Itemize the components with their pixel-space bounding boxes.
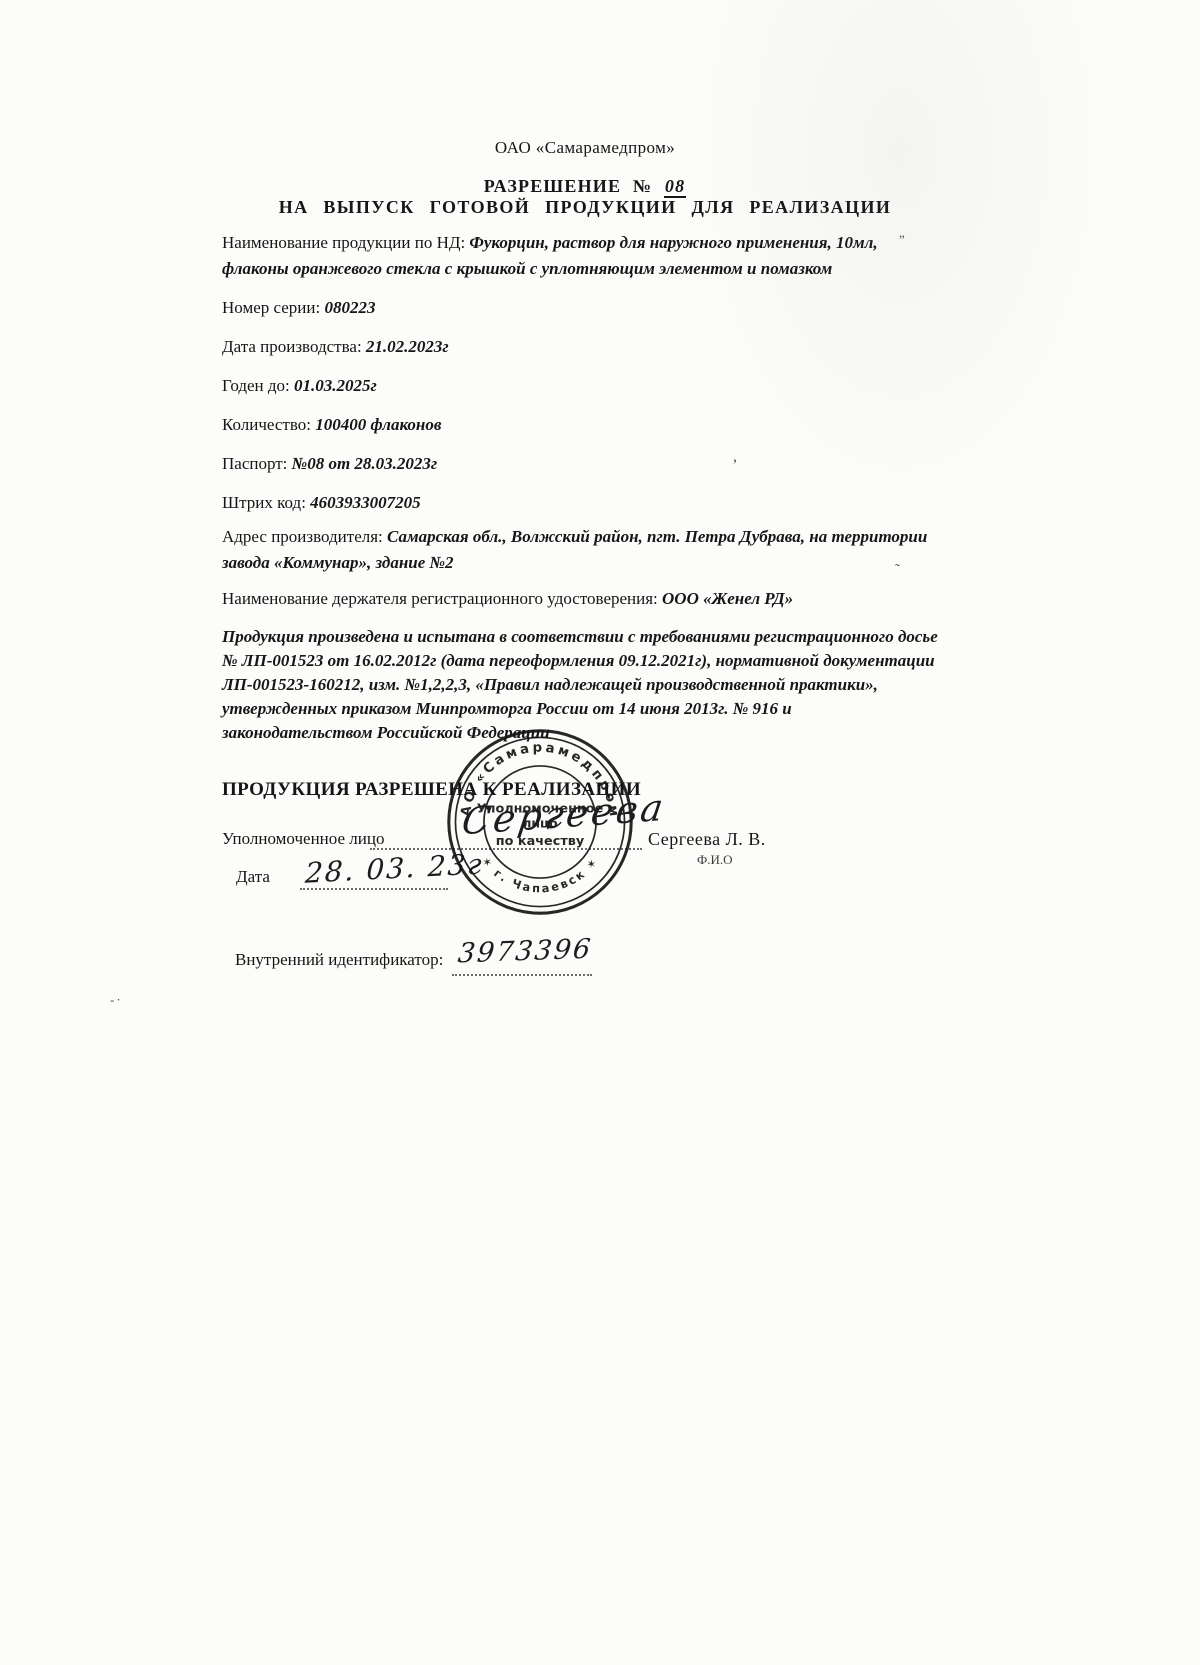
organization-name: ОАО «Самарамедпром» <box>0 138 1170 158</box>
field-barcode: Штрих код: 4603933007205 <box>222 490 938 516</box>
scan-artifact: ˜ <box>895 562 900 579</box>
field-value: №08 от 28.03.2023г <box>292 454 438 473</box>
field-label: Штрих код: <box>222 493 306 512</box>
internal-identifier-label: Внутренний идентификатор: <box>235 950 443 970</box>
scan-artifact: ” <box>899 232 906 248</box>
authorized-person-label: Уполномоченное лицо <box>222 829 384 849</box>
field-value: 01.03.2025г <box>294 376 377 395</box>
field-product-name: Наименование продукции по НД: Фукорцин, … <box>222 230 938 282</box>
field-manufacturer-address: Адрес производителя: Самарская обл., Вол… <box>222 524 938 576</box>
permit-title: РАЗРЕШЕНИЕ № 08 <box>0 176 1170 197</box>
stamp-ring-bottom-text: ✶ г. Чапаевск ✶ <box>479 854 602 895</box>
fields-block: Наименование продукции по НД: Фукорцин, … <box>222 230 938 745</box>
field-value: 21.02.2023г <box>366 337 449 356</box>
scan-artifact: , <box>733 448 737 466</box>
field-registration-holder: Наименование держателя регистрационного … <box>222 586 938 612</box>
scanned-document-page: ОАО «Самарамедпром» РАЗРЕШЕНИЕ № 08 НА В… <box>0 0 1200 1665</box>
field-label: Наименование держателя регистрационного … <box>222 589 658 608</box>
field-label: Годен до: <box>222 376 290 395</box>
field-value: 4603933007205 <box>310 493 421 512</box>
permit-subtitle: НА ВЫПУСК ГОТОВОЙ ПРОДУКЦИИ ДЛЯ РЕАЛИЗАЦ… <box>0 197 1170 218</box>
field-value: 100400 флаконов <box>315 415 441 434</box>
scan-artifact: -· <box>110 992 123 1008</box>
field-series-number: Номер серии: 080223 <box>222 295 938 321</box>
field-label: Номер серии: <box>222 298 320 317</box>
field-label: Дата производства: <box>222 337 362 356</box>
field-production-date: Дата производства: 21.02.2023г <box>222 334 938 360</box>
field-quantity: Количество: 100400 флаконов <box>222 412 938 438</box>
permit-number: 08 <box>664 176 686 198</box>
field-expiry-date: Годен до: 01.03.2025г <box>222 373 938 399</box>
signatory-name: Сергеева Л. В. <box>648 829 766 850</box>
field-value: 080223 <box>324 298 375 317</box>
field-label: Адрес производителя: <box>222 527 383 546</box>
field-value: ООО «Женел РД» <box>662 589 793 608</box>
handwritten-identifier: 3973396 <box>456 934 593 970</box>
field-label: Количество: <box>222 415 311 434</box>
fio-caption: Ф.И.О <box>697 852 733 868</box>
field-label: Паспорт: <box>222 454 287 473</box>
field-passport: Паспорт: №08 от 28.03.2023г <box>222 451 938 477</box>
field-label: Наименование продукции по НД: <box>222 233 465 252</box>
permit-title-text: РАЗРЕШЕНИЕ № <box>484 176 653 196</box>
date-label: Дата <box>236 867 270 887</box>
